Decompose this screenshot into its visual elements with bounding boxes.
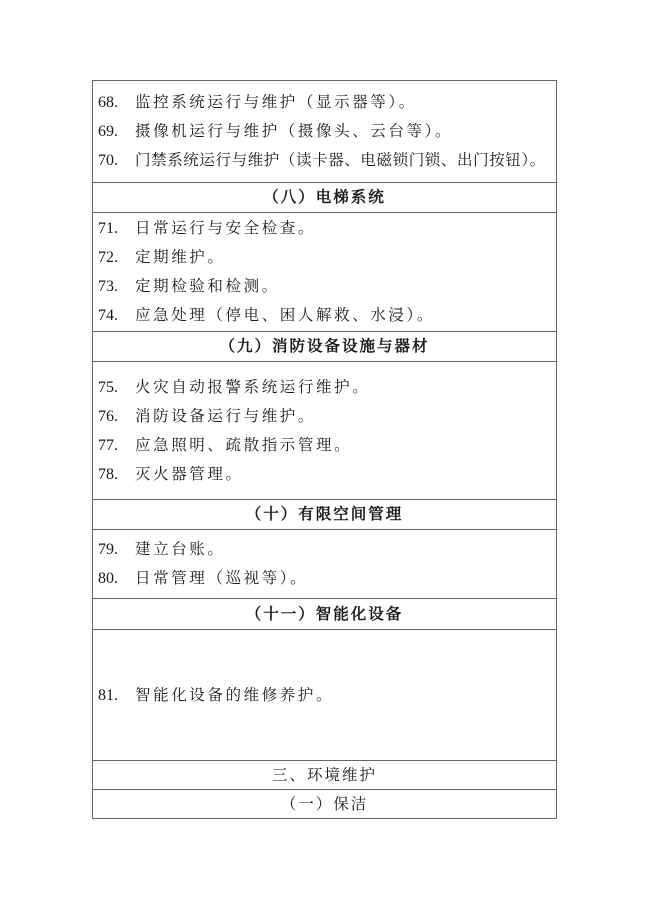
- item-text: 摄像机运行与维护（摄像头、云台等）。: [135, 122, 453, 140]
- item-number: 77.: [98, 431, 135, 460]
- item-number: 71.: [98, 214, 135, 243]
- table-row-item-81: 81.智能化设备的维修养护。: [93, 630, 556, 761]
- item-number: 80.: [98, 564, 135, 593]
- section-title: （十一）智能化设备: [93, 600, 556, 629]
- list-item: 81.智能化设备的维修养护。: [98, 681, 556, 710]
- item-text: 应急照明、疏散指示管理。: [135, 436, 352, 454]
- list-item: 73.定期检验和检测。: [98, 272, 556, 301]
- item-text: 日常管理（巡视等）。: [135, 569, 308, 587]
- item-text: 门禁系统运行与维护（读卡器、电磁锁门锁、出门按钮）。: [135, 151, 546, 169]
- list-item: 71.日常运行与安全检查。: [98, 214, 556, 243]
- item-text: 灭火器管理。: [135, 465, 244, 483]
- item-number: 68.: [98, 88, 135, 117]
- list-item: 70.门禁系统运行与维护（读卡器、电磁锁门锁、出门按钮）。: [98, 146, 556, 175]
- section-header-smart-devices: （十一）智能化设备: [93, 599, 556, 630]
- item-text: 定期检验和检测。: [135, 277, 280, 295]
- item-number: 74.: [98, 301, 135, 330]
- section-title: （一）保洁: [93, 790, 556, 819]
- item-number: 72.: [98, 243, 135, 272]
- item-number: 79.: [98, 535, 135, 564]
- list-item: 77.应急照明、疏散指示管理。: [98, 431, 556, 460]
- item-text: 定期维护。: [135, 248, 226, 266]
- list-item: 78.灭火器管理。: [98, 460, 556, 489]
- list-item: 74.应急处理（停电、困人解救、水浸）。: [98, 301, 556, 330]
- item-text: 消防设备运行与维护。: [135, 407, 316, 425]
- item-text: 火灾自动报警系统运行维护。: [135, 378, 370, 396]
- section-header-cleaning: （一）保洁: [93, 790, 556, 819]
- item-number: 73.: [98, 272, 135, 301]
- item-text: 智能化设备的维修养护。: [135, 686, 334, 704]
- item-number: 69.: [98, 117, 135, 146]
- item-number: 75.: [98, 373, 135, 402]
- item-text: 建立台账。: [135, 540, 226, 558]
- section-title: （九）消防设备设施与器材: [93, 332, 556, 361]
- list-item: 76.消防设备运行与维护。: [98, 402, 556, 431]
- section-title: （八）电梯系统: [93, 183, 556, 212]
- section-header-environment: 三、环境维护: [93, 761, 556, 790]
- list-item: 69.摄像机运行与维护（摄像头、云台等）。: [98, 117, 556, 146]
- item-text: 日常运行与安全检查。: [135, 219, 316, 237]
- section-title: 三、环境维护: [93, 761, 556, 790]
- item-number: 76.: [98, 402, 135, 431]
- list-item: 79.建立台账。: [98, 535, 556, 564]
- item-number: 81.: [98, 681, 135, 710]
- table-row-items-75-78: 75.火灾自动报警系统运行维护。 76.消防设备运行与维护。 77.应急照明、疏…: [93, 362, 556, 500]
- section-header-confined-space: （十）有限空间管理: [93, 500, 556, 530]
- section-header-elevator: （八）电梯系统: [93, 183, 556, 213]
- list-item: 68.监控系统运行与维护（显示器等）。: [98, 88, 556, 117]
- section-title: （十）有限空间管理: [93, 500, 556, 529]
- section-header-fire-equipment: （九）消防设备设施与器材: [93, 332, 556, 362]
- list-item: 75.火灾自动报警系统运行维护。: [98, 373, 556, 402]
- item-number: 78.: [98, 460, 135, 489]
- table-row-items-68-70: 68.监控系统运行与维护（显示器等）。 69.摄像机运行与维护（摄像头、云台等）…: [93, 81, 556, 183]
- service-items-table: 68.监控系统运行与维护（显示器等）。 69.摄像机运行与维护（摄像头、云台等）…: [92, 80, 557, 819]
- list-item: 80.日常管理（巡视等）。: [98, 564, 556, 593]
- list-item: 72.定期维护。: [98, 243, 556, 272]
- table-row-items-79-80: 79.建立台账。 80.日常管理（巡视等）。: [93, 530, 556, 599]
- item-number: 70.: [98, 146, 135, 175]
- document-page: 68.监控系统运行与维护（显示器等）。 69.摄像机运行与维护（摄像头、云台等）…: [0, 0, 650, 919]
- table-row-items-71-74: 71.日常运行与安全检查。 72.定期维护。 73.定期检验和检测。 74.应急…: [93, 213, 556, 332]
- item-text: 应急处理（停电、困人解救、水浸）。: [135, 306, 435, 324]
- item-text: 监控系统运行与维护（显示器等）。: [135, 93, 417, 111]
